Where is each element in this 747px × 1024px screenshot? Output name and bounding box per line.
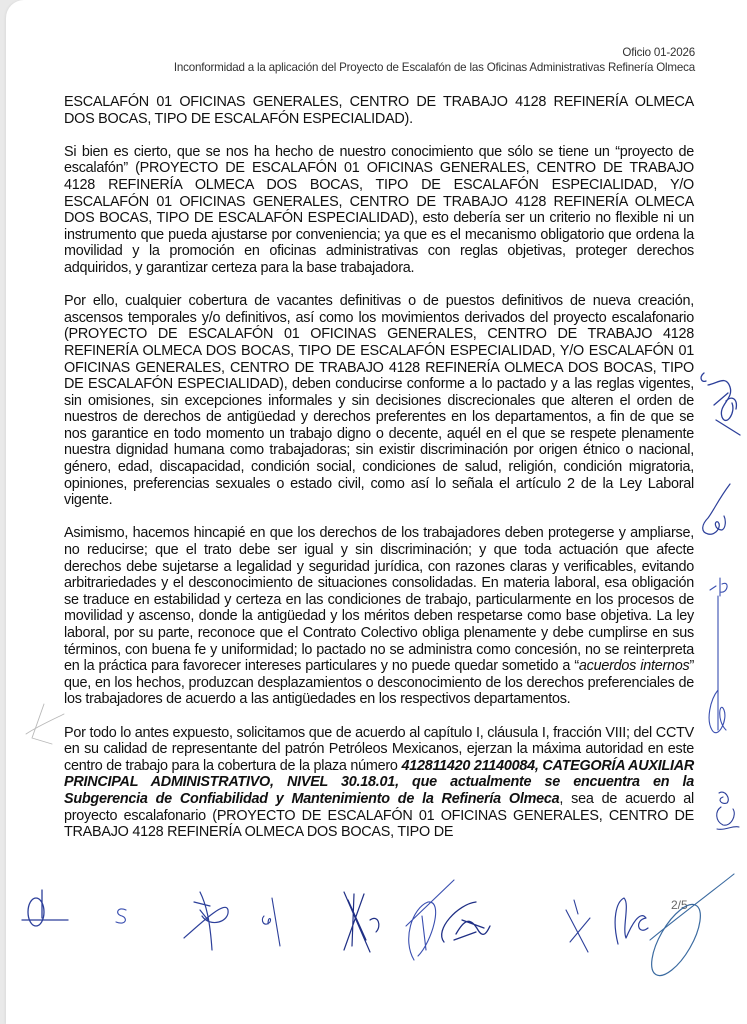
oficio-number: Oficio 01-2026 — [174, 45, 695, 60]
text-segment: Si bien es cierto, que se nos ha hecho d… — [64, 144, 694, 276]
signature-icon — [18, 700, 63, 750]
signature-icon — [696, 365, 746, 440]
document-header: Oficio 01-2026 Inconformidad a la aplica… — [174, 45, 695, 75]
paragraph-derechos-trabajadores: Asimismo, hacemos hincapié en que los de… — [64, 525, 694, 708]
paragraph-continuation: ESCALAFÓN 01 OFICINAS GENERALES, CENTRO … — [64, 94, 694, 127]
signature-icon — [706, 570, 736, 770]
paragraph-proyecto-escalafon: Si bien es cierto, que se nos ha hecho d… — [64, 144, 694, 277]
signature-icon — [14, 880, 747, 960]
paragraph-cobertura-vacantes: Por ello, cualquier cobertura de vacante… — [64, 293, 694, 509]
text-segment: Asimismo, hacemos hincapié en que los de… — [64, 525, 694, 674]
paragraph-solicitud: Por todo lo antes expuesto, solicitamos … — [64, 725, 694, 841]
oficio-subject: Inconformidad a la aplicación del Proyec… — [174, 60, 695, 75]
text-segment: ESCALAFÓN 01 OFICINAS GENERALES, CENTRO … — [64, 94, 694, 127]
signature-icon — [711, 785, 746, 835]
document-body: ESCALAFÓN 01 OFICINAS GENERALES, CENTRO … — [64, 94, 694, 857]
text-segment: Por ello, cualquier cobertura de vacante… — [64, 293, 694, 508]
italic-text-segment: acuerdos internos — [579, 658, 690, 674]
document-page: Oficio 01-2026 Inconformidad a la aplica… — [6, 0, 747, 1024]
signature-icon — [696, 480, 736, 540]
